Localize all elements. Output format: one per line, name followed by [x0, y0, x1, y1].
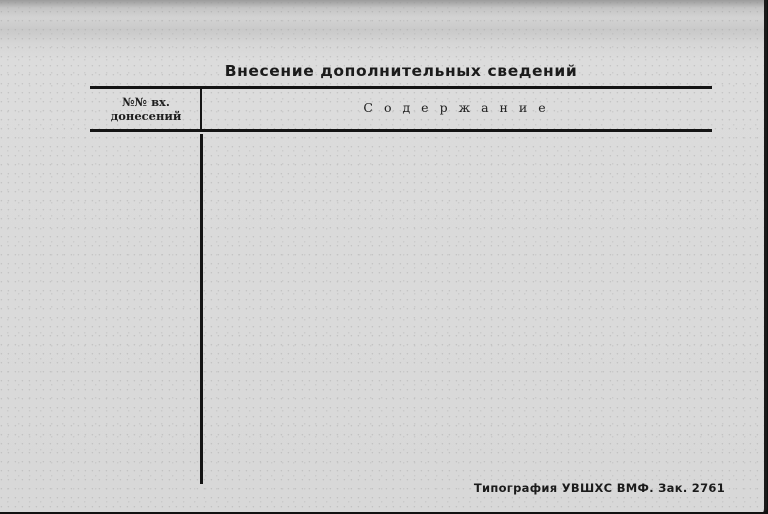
- table-top-rule: [90, 86, 712, 89]
- document-card: Внесение дополнительных сведений №№ вх. …: [0, 0, 767, 512]
- column-header-report-numbers: №№ вх. донесений: [100, 95, 192, 123]
- form-title: Внесение дополнительных сведений: [215, 62, 587, 80]
- column-divider-body: [200, 134, 203, 484]
- printer-imprint: Типография УВШХС ВМФ. Зак. 2761: [440, 481, 725, 495]
- column-header-line1: №№ вх.: [100, 95, 192, 109]
- table-header-rule: [90, 129, 712, 132]
- column-header-content: Содержание: [330, 100, 590, 115]
- column-header-line2: донесений: [100, 109, 192, 123]
- column-divider-header: [200, 88, 202, 129]
